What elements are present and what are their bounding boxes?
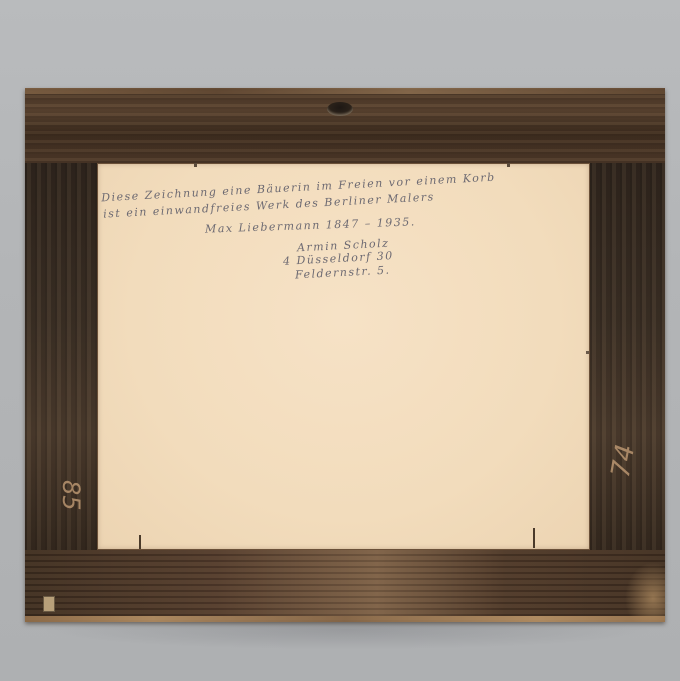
right-stile-number: 74 bbox=[606, 442, 641, 480]
worn-edge bbox=[25, 88, 665, 94]
small-label-tag bbox=[43, 596, 55, 612]
frame-top-rail bbox=[25, 88, 665, 163]
inscription-line-3: Max Liebermann 1847 – 1935. bbox=[205, 215, 416, 235]
picture-frame: 85 74 Diese Zeichnung eine Bäuerin im Fr… bbox=[25, 88, 665, 622]
left-stile-number: 85 bbox=[57, 480, 85, 511]
nail-icon bbox=[586, 351, 589, 354]
hanging-hook-icon bbox=[327, 102, 353, 116]
frame-bottom-rail bbox=[25, 550, 665, 622]
worn-edge bbox=[25, 616, 665, 622]
nail-icon bbox=[507, 163, 510, 167]
worn-corner bbox=[625, 562, 665, 622]
nail-icon bbox=[533, 528, 535, 548]
nail-icon bbox=[139, 535, 141, 549]
frame-right-stile bbox=[590, 163, 665, 550]
nail-icon bbox=[194, 163, 197, 167]
backing-board: Diese Zeichnung eine Bäuerin im Freien v… bbox=[97, 163, 590, 550]
